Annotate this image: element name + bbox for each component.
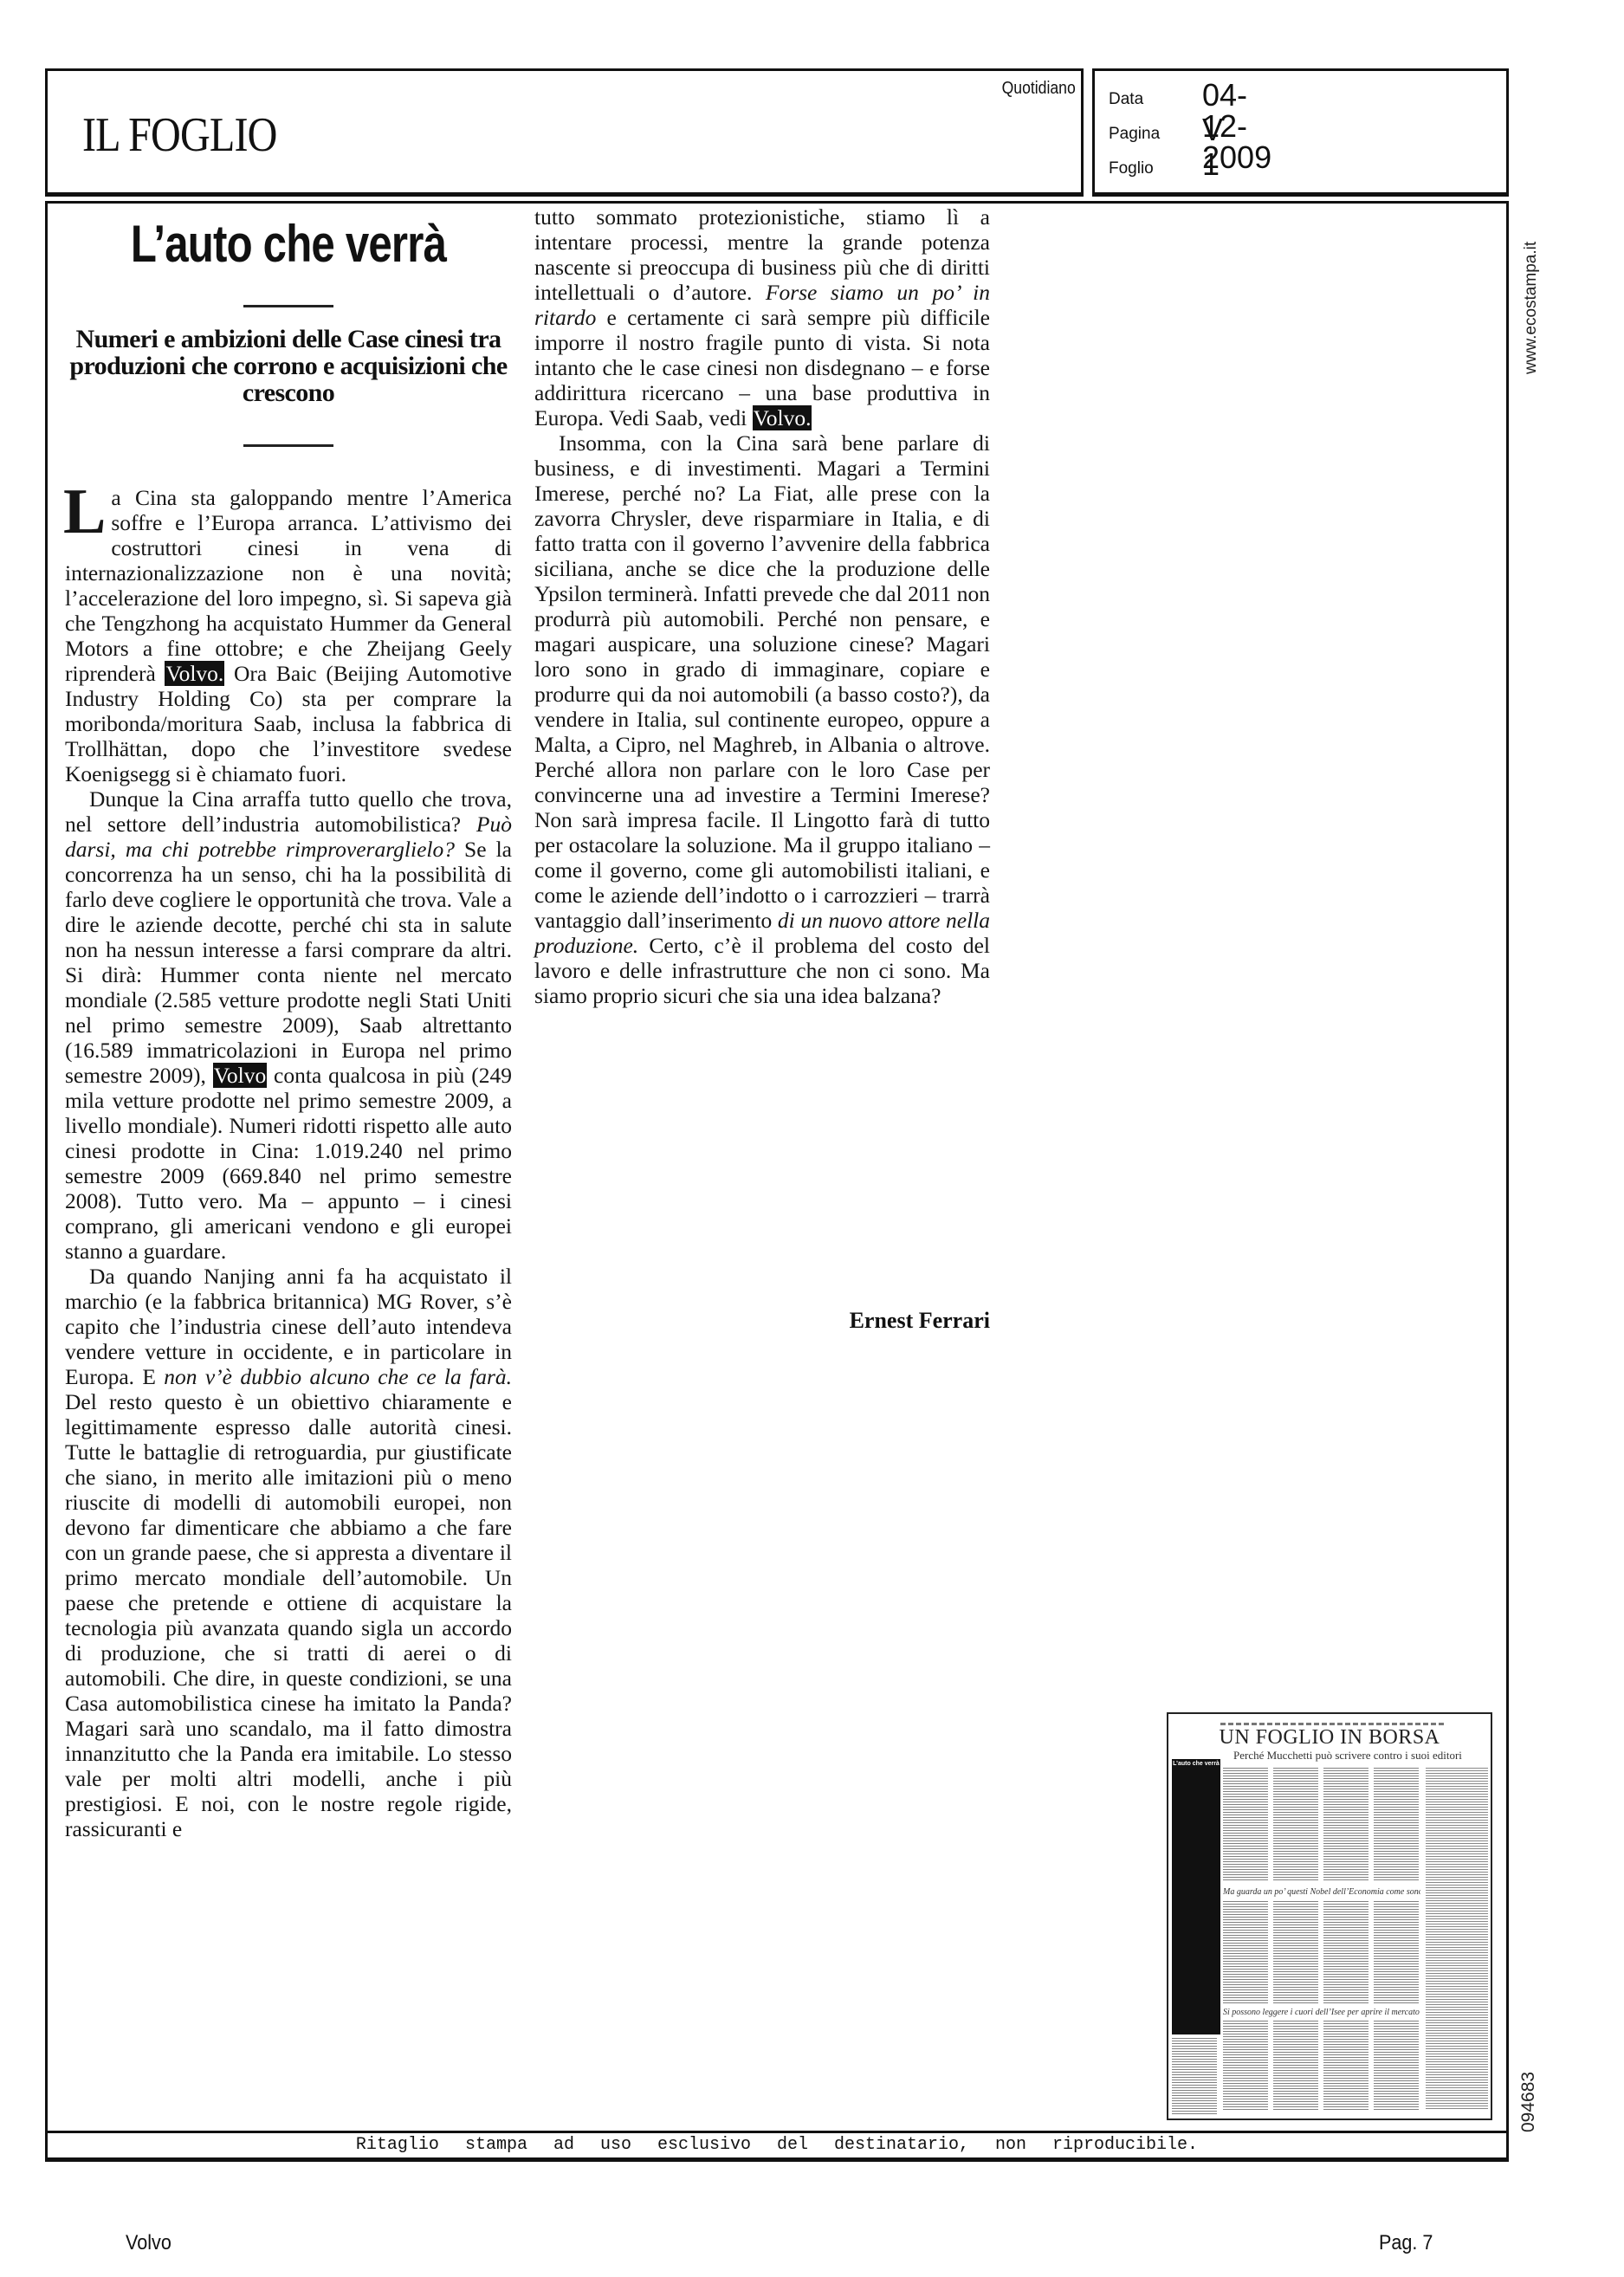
subheadline-divider [243, 444, 333, 447]
thumbnail-column [1172, 2038, 1217, 2114]
thumbnail-sidebar-title: L’auto che verrà [1172, 1761, 1220, 1767]
thumbnail-column [1323, 1768, 1368, 1880]
article-subheadline: Numeri e ambizioni delle Case cinesi tra… [65, 326, 512, 406]
thumbnail-subtitle: Perché Mucchetti può scrivere contro i s… [1233, 1749, 1462, 1763]
page-number: Pag. 7 [1379, 2231, 1433, 2255]
article-column-1: La Cina sta galoppando mentre l’America … [65, 485, 512, 1841]
copyright-notice: Ritaglio stampa ad uso esclusivo del des… [48, 2135, 1506, 2155]
masthead-title: IL FOGLIO [82, 107, 277, 163]
periodicity-label: Quotidiano [1002, 79, 1076, 99]
thumbnail-column [1273, 1901, 1318, 2005]
paragraph: Insomma, con la Cina sarà bene parlare d… [534, 430, 990, 1008]
paragraph: La Cina sta galoppando mentre l’America … [65, 485, 512, 786]
italic-run: non v’è dubbio alcuno che ce la farà. [164, 1364, 512, 1389]
copyright-band: Ritaglio stampa ad uso esclusivo del des… [45, 2131, 1509, 2162]
meta-sheet-label: Foglio [1109, 159, 1154, 178]
meta-sheet-value: 1 [1202, 149, 1220, 180]
page-thumbnail: UN FOGLIO IN BORSA Perché Mucchetti può … [1167, 1712, 1492, 2120]
text-run: Del resto questo è un obiettivo chiarame… [65, 1389, 512, 1841]
thumbnail-column [1374, 1901, 1419, 2005]
paragraph: Dunque la Cina arraffa tutto quello che … [65, 786, 512, 1264]
highlight-volvo: Volvo. [165, 661, 224, 686]
article-column-2: tutto sommato protezionistiche, stiamo l… [534, 204, 990, 1008]
text-run: Dunque la Cina arraffa tutto quello che … [65, 786, 512, 837]
thumbnail-column [1323, 1901, 1368, 2005]
clipping-code: 094683 [1518, 2072, 1539, 2132]
metadata-box: Data 04-12-2009 Pagina V Foglio 1 [1092, 68, 1509, 197]
thumbnail-right-column [1426, 1768, 1488, 2110]
highlight-volvo: Volvo [213, 1063, 267, 1088]
thumbnail-sidebar-article [1172, 1759, 1220, 2034]
text-run: a Cina sta galoppando mentre l’America s… [65, 485, 512, 686]
thumbnail-band-headline: Ma guarda un po’ questi Nobel dell’Econo… [1223, 1887, 1420, 1897]
text-run: conta qualcosa in più (249 mila vetture … [65, 1063, 512, 1264]
meta-date-label: Data [1109, 90, 1143, 109]
thumbnail-column [1374, 2021, 1419, 2112]
thumbnail-column [1223, 2021, 1268, 2112]
thumbnail-title: UN FOGLIO IN BORSA [1168, 1726, 1491, 1750]
meta-page-label: Pagina [1109, 125, 1160, 144]
thumbnail-column [1223, 1768, 1268, 1880]
thumbnail-kicker [1220, 1723, 1446, 1725]
article-byline: Ernest Ferrari [534, 1308, 990, 1334]
text-run: Se la concorrenza ha un senso, chi ha la… [65, 837, 512, 1088]
paragraph: tutto sommato protezionistiche, stiamo l… [534, 204, 990, 430]
highlight-volvo: Volvo. [753, 405, 812, 430]
thumbnail-band-headline: Si possono leggere i cuori dell’Isee per… [1223, 2008, 1420, 2017]
meta-page-value: V [1202, 114, 1223, 146]
thumbnail-column [1323, 2021, 1368, 2112]
headline-divider [243, 305, 333, 307]
clipping-keyword: Volvo [126, 2231, 171, 2255]
thumbnail-column [1374, 1768, 1419, 1880]
masthead-box: IL FOGLIO Quotidiano [45, 68, 1084, 197]
article-headline: L’auto che verrà [105, 214, 471, 274]
thumbnail-column [1273, 2021, 1318, 2112]
thumbnail-column [1273, 1768, 1318, 1880]
text-run: Insomma, con la Cina sarà bene parlare d… [534, 430, 990, 933]
thumbnail-column [1223, 1901, 1268, 2005]
paragraph: Da quando Nanjing anni fa ha acquistato … [65, 1264, 512, 1841]
source-website: www.ecostampa.it [1522, 242, 1541, 374]
drop-cap: L [63, 488, 106, 536]
